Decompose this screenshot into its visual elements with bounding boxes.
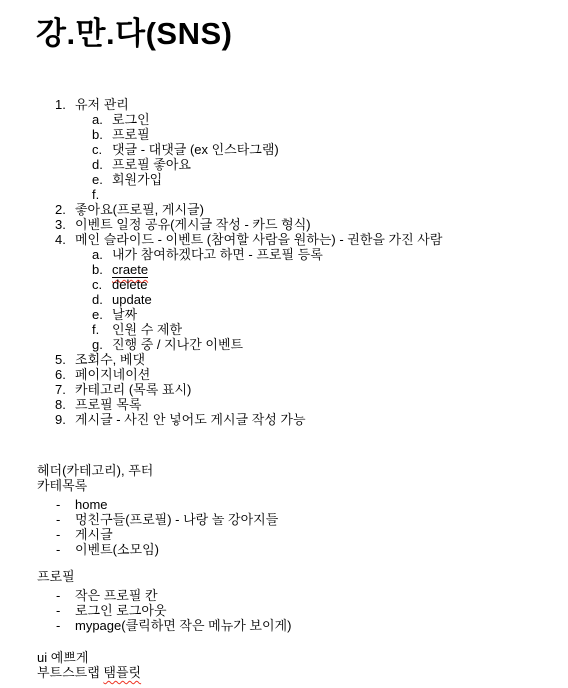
list-item-text: 이벤트(소모임) (75, 542, 159, 557)
numbered-sublist-item: f. (0, 187, 568, 202)
document-page[interactable]: 강.만.다(SNS) 1. 유저 관리 a. 로그인 b. 프로필 c. 댓글 … (0, 0, 568, 688)
list-item-marker: 2. (55, 202, 75, 217)
list-item-marker: - (56, 588, 75, 603)
text-run: 부트스트랩 (37, 665, 103, 680)
numbered-list-item: 7. 카테고리 (목록 표시) (0, 382, 568, 397)
list-item-marker: 3. (55, 217, 75, 232)
list-item-text: 프로필 목록 (75, 397, 141, 412)
list-item-text: 좋아요(프로필, 게시글) (75, 202, 204, 217)
notes-sections: 헤더(카테고리), 푸터카테목록 - home - 멍친구들(프로필) - 나랑… (0, 463, 568, 680)
list-item-text: craete (112, 262, 148, 277)
numbered-sublist-item: b. 프로필 (0, 127, 568, 142)
numbered-sublist-item: g. 진행 중 / 지나간 이벤트 (0, 337, 568, 352)
bullet-item: - mypage(클릭하면 작은 메뉴가 보이게) (0, 618, 568, 633)
list-item-text: 멍친구들(프로필) - 나랑 놀 강아지들 (75, 512, 278, 527)
bullet-item: - 작은 프로필 칸 (0, 588, 568, 603)
bullet-item: - 게시글 (0, 527, 568, 542)
list-item-marker: c. (92, 142, 112, 157)
list-item-text: 댓글 - 대댓글 (ex 인스타그램) (112, 142, 279, 157)
numbered-sublist-item: d. update (0, 292, 568, 307)
list-item-marker: - (56, 527, 75, 542)
list-item-marker: - (56, 497, 75, 512)
numbered-sublist-item: f. 인원 수 제한 (0, 322, 568, 337)
numbered-sublist-item: c. delete (0, 277, 568, 292)
bullet-item: - 로그인 로그아웃 (0, 603, 568, 618)
list-item-text: 유저 관리 (75, 97, 129, 112)
list-item-text: 진행 중 / 지나간 이벤트 (112, 337, 243, 352)
list-item-marker: b. (92, 262, 112, 277)
numbered-sublist-item: a. 로그인 (0, 112, 568, 127)
list-item-marker: g. (92, 337, 112, 352)
section-header-footer-categories: 헤더(카테고리), 푸터카테목록 - home - 멍친구들(프로필) - 나랑… (0, 463, 568, 557)
list-item-text: home (75, 497, 108, 512)
requirements-numbered-list: 1. 유저 관리 a. 로그인 b. 프로필 c. 댓글 - 대댓글 (ex 인… (0, 97, 568, 427)
list-item-text: 회원가입 (112, 172, 162, 187)
list-item-text: 작은 프로필 칸 (75, 588, 158, 603)
list-item-marker: d. (92, 292, 112, 307)
list-item-marker: 7. (55, 382, 75, 397)
bullet-item: - 이벤트(소모임) (0, 542, 568, 557)
list-item-marker: e. (92, 172, 112, 187)
numbered-list-item: 6. 페이지네이션 (0, 367, 568, 382)
list-item-text: 게시글 (75, 527, 113, 542)
list-item-marker: - (56, 603, 75, 618)
list-item-text: 날짜 (112, 307, 137, 322)
list-item-text: 로그인 로그아웃 (75, 603, 167, 618)
numbered-sublist-item: d. 프로필 좋아요 (0, 157, 568, 172)
list-item-text: 이벤트 일정 공유(게시글 작성 - 카드 형식) (75, 217, 311, 232)
document-title: 강.만.다(SNS) (0, 0, 568, 54)
list-item-marker: 1. (55, 97, 75, 112)
list-item-text: 메인 슬라이드 - 이벤트 (참여할 사람을 원하는) - 권한을 가진 사람 (75, 232, 442, 247)
paragraph: ui 예쁘게 (0, 650, 568, 665)
list-item-text: 로그인 (112, 112, 150, 127)
list-item-marker: a. (92, 112, 112, 127)
list-item-marker: d. (92, 157, 112, 172)
numbered-sublist-item: e. 회원가입 (0, 172, 568, 187)
misspelled-word[interactable]: 탬플릿 (103, 665, 141, 680)
list-item-text: 내가 참여하겠다고 하면 - 프로필 등록 (112, 247, 323, 262)
list-item-marker: a. (92, 247, 112, 262)
list-item-text: 페이지네이션 (75, 367, 150, 382)
list-item-text: 프로필 (112, 127, 150, 142)
paragraph: 카테목록 (0, 478, 568, 493)
numbered-list-item: 8. 프로필 목록 (0, 397, 568, 412)
numbered-list-item: 3. 이벤트 일정 공유(게시글 작성 - 카드 형식) (0, 217, 568, 232)
list-item-text: 카테고리 (목록 표시) (75, 382, 191, 397)
list-item-marker: b. (92, 127, 112, 142)
paragraph: 헤더(카테고리), 푸터 (0, 463, 568, 478)
numbered-list-item: 9. 게시글 - 사진 안 넣어도 게시글 작성 가능 (0, 412, 568, 427)
list-item-marker: - (56, 618, 75, 633)
numbered-list-item: 5. 조회수, 베댓 (0, 352, 568, 367)
numbered-sublist-item: b. craete (0, 262, 568, 277)
numbered-list-item: 4. 메인 슬라이드 - 이벤트 (참여할 사람을 원하는) - 권한을 가진 … (0, 232, 568, 247)
list-item-marker: 4. (55, 232, 75, 247)
list-item-text: 프로필 좋아요 (112, 157, 191, 172)
list-item-text: 게시글 - 사진 안 넣어도 게시글 작성 가능 (75, 412, 306, 427)
list-item-marker: - (56, 542, 75, 557)
misspelled-word[interactable]: craete (112, 262, 148, 278)
bullet-item: - 멍친구들(프로필) - 나랑 놀 강아지들 (0, 512, 568, 527)
list-item-text: 조회수, 베댓 (75, 352, 145, 367)
list-item-text: 인원 수 제한 (112, 322, 182, 337)
numbered-list-item: 1. 유저 관리 (0, 97, 568, 112)
list-item-marker: 6. (55, 367, 75, 382)
bullet-item: - home (0, 497, 568, 512)
list-item-marker: f. (92, 322, 112, 337)
bullet-list: - home - 멍친구들(프로필) - 나랑 놀 강아지들 - 게시글 - 이… (0, 497, 568, 557)
list-item-text: delete (112, 277, 147, 292)
numbered-sublist-item: e. 날짜 (0, 307, 568, 322)
paragraph: 프로필 (0, 569, 568, 584)
paragraph: 부트스트랩 탬플릿 (0, 665, 568, 680)
section-profile: 프로필 - 작은 프로필 칸 - 로그인 로그아웃 - mypage(클릭하면 … (0, 569, 568, 633)
list-item-marker: - (56, 512, 75, 527)
list-item-marker: c. (92, 277, 112, 292)
bullet-list: - 작은 프로필 칸 - 로그인 로그아웃 - mypage(클릭하면 작은 메… (0, 588, 568, 633)
list-item-marker: f. (92, 187, 112, 202)
section-ui-note: ui 예쁘게부트스트랩 탬플릿 (0, 650, 568, 680)
list-item-text: mypage(클릭하면 작은 메뉴가 보이게) (75, 618, 291, 633)
list-item-marker: 9. (55, 412, 75, 427)
list-item-marker: e. (92, 307, 112, 322)
list-item-marker: 8. (55, 397, 75, 412)
numbered-sublist-item: a. 내가 참여하겠다고 하면 - 프로필 등록 (0, 247, 568, 262)
numbered-list-item: 2. 좋아요(프로필, 게시글) (0, 202, 568, 217)
numbered-sublist-item: c. 댓글 - 대댓글 (ex 인스타그램) (0, 142, 568, 157)
list-item-marker: 5. (55, 352, 75, 367)
list-item-text: update (112, 292, 152, 307)
